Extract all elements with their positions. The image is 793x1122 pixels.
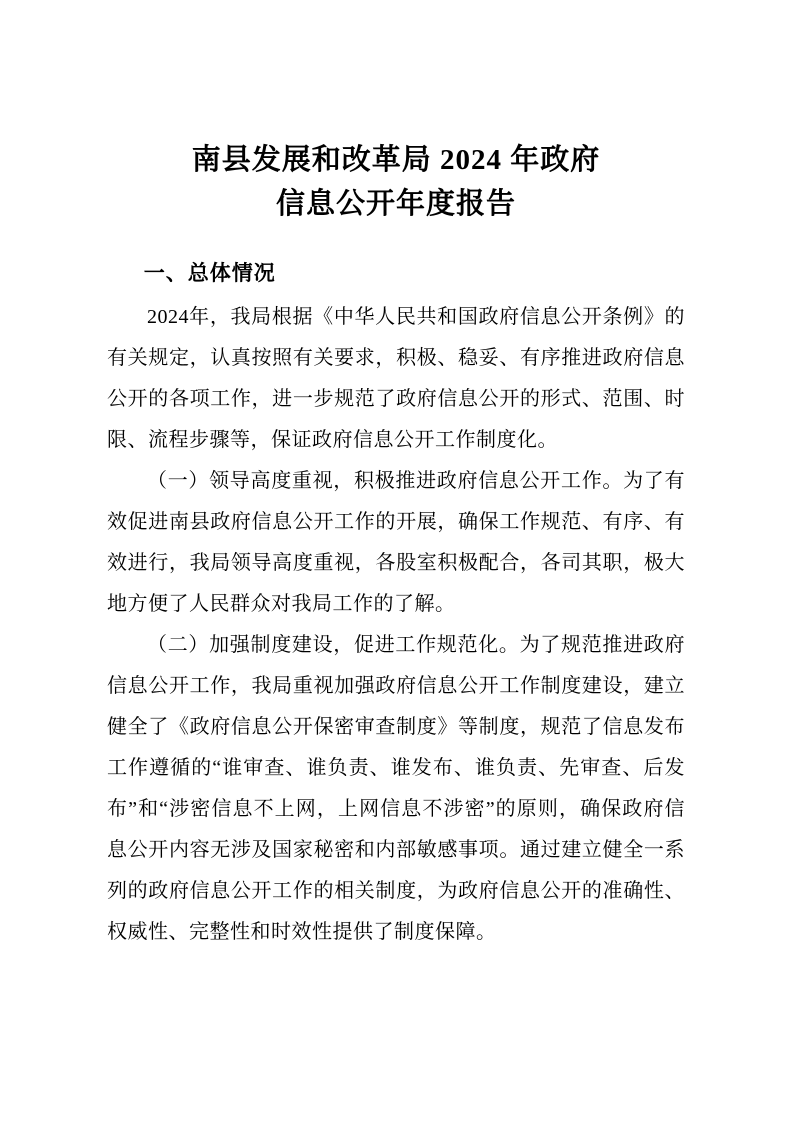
document-content: 南县发展和改革局 2024 年政府 信息公开年度报告 一、总体情况 2024年，…: [107, 0, 685, 953]
document-title: 南县发展和改革局 2024 年政府 信息公开年度报告: [107, 138, 685, 226]
document-title-line-1: 南县发展和改革局 2024 年政府: [107, 138, 685, 182]
document-title-line-2: 信息公开年度报告: [107, 182, 685, 226]
section-heading-overview: 一、总体情况: [107, 260, 685, 288]
body-text: 2024年，我局根据《中华人民共和国政府信息公开条例》的有关规定，认真按照有关要…: [107, 297, 685, 953]
body-paragraph-3: （二）加强制度建设，促进工作规范化。为了规范推进政府信息公开工作，我局重视加强政…: [107, 625, 685, 953]
document-page: 南县发展和改革局 2024 年政府 信息公开年度报告 一、总体情况 2024年，…: [0, 0, 793, 1122]
body-paragraph-2: （一）领导高度重视，积极推进政府信息公开工作。为了有效促进南县政府信息公开工作的…: [107, 461, 685, 625]
body-paragraph-1: 2024年，我局根据《中华人民共和国政府信息公开条例》的有关规定，认真按照有关要…: [107, 297, 685, 461]
